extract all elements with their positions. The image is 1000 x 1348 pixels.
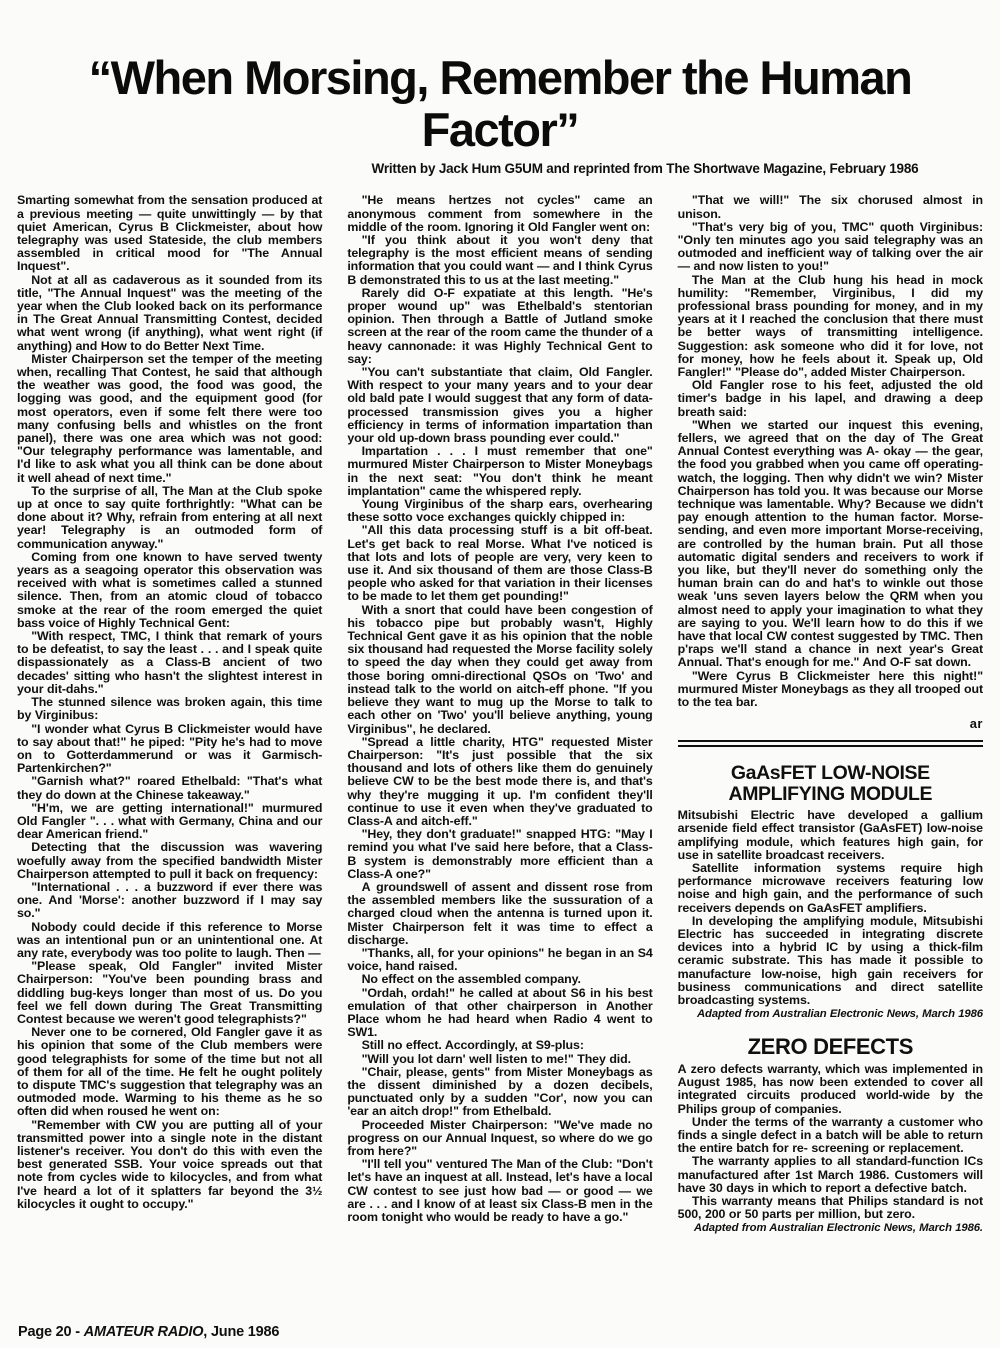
- paragraph: Nobody could decide if this reference to…: [17, 921, 322, 961]
- gaasfet-section: GaAsFET LOW-NOISE AMPLIFYING MODULE Mits…: [678, 763, 983, 1022]
- footer-page-label: Page 20 -: [18, 1324, 84, 1340]
- paragraph: A groundswell of assent and dissent rose…: [347, 881, 652, 947]
- gaasfet-section-credit: Adapted from Australian Electronic News,…: [678, 1008, 983, 1021]
- paragraph: "I'll tell you" ventured The Man of the …: [347, 1158, 652, 1224]
- paragraph: "Garnish what?" roared Ethelbald: "That'…: [17, 775, 322, 801]
- paragraph: No effect on the assembled company.: [347, 973, 652, 986]
- paragraph: Old Fangler rose to his feet, adjusted t…: [678, 379, 983, 419]
- article-column-3: "That we will!" The six chorused almost …: [678, 194, 983, 1306]
- page-footer: Page 20 - AMATEUR RADIO, June 1986: [18, 1324, 279, 1340]
- paragraph: The Man at the Club hung his head in moc…: [678, 274, 983, 380]
- paragraph: "Will you lot darn' well listen to me!" …: [347, 1053, 652, 1066]
- paragraph: "I wonder what Cyrus B Clickmeister woul…: [17, 723, 322, 776]
- paragraph: "He means hertzes not cycles" came an an…: [347, 194, 652, 234]
- paragraph: The stunned silence was broken again, th…: [17, 696, 322, 722]
- zero-defects-section: ZERO DEFECTS A zero defects warranty, wh…: [678, 1035, 983, 1235]
- article-column-3-story: "That we will!" The six chorused almost …: [678, 194, 983, 709]
- paragraph: Not at all as cadaverous as it sounded f…: [17, 274, 322, 353]
- gaasfet-section-body: Mitsubishi Electric have developed a gal…: [678, 809, 983, 1007]
- paragraph: Detecting that the discussion was waveri…: [17, 841, 322, 881]
- paragraph: Coming from one known to have served twe…: [17, 551, 322, 630]
- paragraph: "Remember with CW you are putting all of…: [17, 1119, 322, 1211]
- article-column-2: "He means hertzes not cycles" came an an…: [347, 194, 652, 1306]
- paragraph: The warranty applies to all standard-fun…: [678, 1155, 983, 1195]
- paragraph: Mister Chairperson set the temper of the…: [17, 353, 322, 485]
- paragraph: To the surprise of all, The Man at the C…: [17, 485, 322, 551]
- paragraph: Under the terms of the warranty a custom…: [678, 1116, 983, 1156]
- paragraph: "That we will!" The six chorused almost …: [678, 194, 983, 220]
- paragraph: "Spread a little charity, HTG" requested…: [347, 736, 652, 828]
- paragraph: "Chair, please, gents" from Mister Money…: [347, 1066, 652, 1119]
- gaasfet-section-title: GaAsFET LOW-NOISE AMPLIFYING MODULE: [678, 763, 983, 807]
- paragraph: Satellite information systems require hi…: [678, 862, 983, 915]
- paragraph: "When we started our inquest this evenin…: [678, 419, 983, 670]
- paragraph: "International . . . a buzzword if ever …: [17, 881, 322, 921]
- paragraph: "Thanks, all, for your opinions" he bega…: [347, 947, 652, 973]
- zero-defects-section-credit: Adapted from Australian Electronic News,…: [678, 1222, 983, 1235]
- zero-defects-section-title: ZERO DEFECTS: [678, 1035, 983, 1060]
- paragraph: Rarely did O-F expatiate at this length.…: [347, 287, 652, 366]
- byline: Written by Jack Hum G5UM and reprinted f…: [0, 161, 1000, 176]
- paragraph: "You can't substantiate that claim, Old …: [347, 366, 652, 445]
- paragraph: Proceeded Mister Chairperson: "We've mad…: [347, 1119, 652, 1159]
- article-end-mark: ar: [678, 717, 983, 730]
- paragraph: "That's very big of you, TMC" quoth Virg…: [678, 221, 983, 274]
- paragraph: Young Virginibus of the sharp ears, over…: [347, 498, 652, 524]
- paragraph: "Were Cyrus B Clickmeister here this nig…: [678, 670, 983, 710]
- paragraph: "If you think about it you won't deny th…: [347, 234, 652, 287]
- paragraph: "H'm, we are getting international!" mur…: [17, 802, 322, 842]
- paragraph: A zero defects warranty, which was imple…: [678, 1063, 983, 1116]
- paragraph: "Ordah, ordah!" he called at about S6 in…: [347, 987, 652, 1040]
- page-title: “When Morsing, Remember the Human Factor…: [60, 52, 940, 155]
- footer-magazine-title: AMATEUR RADIO: [84, 1324, 204, 1340]
- paragraph: Never one to be cornered, Old Fangler ga…: [17, 1026, 322, 1118]
- paragraph: "Please speak, Old Fangler" invited Mist…: [17, 960, 322, 1026]
- paragraph: Impartation . . . I must remember that o…: [347, 445, 652, 498]
- section-divider: [678, 740, 983, 747]
- paragraph: Smarting somewhat from the sensation pro…: [17, 194, 322, 273]
- paragraph: "All this data processing stuff is a bit…: [347, 524, 652, 603]
- paragraph: In developing the amplifying module, Mit…: [678, 915, 983, 1007]
- article-column-1: Smarting somewhat from the sensation pro…: [17, 194, 322, 1306]
- paragraph: With a snort that could have been conges…: [347, 604, 652, 736]
- paragraph: This warranty means that Philips standar…: [678, 1195, 983, 1221]
- paragraph: "Hey, they don't graduate!" snapped HTG:…: [347, 828, 652, 881]
- zero-defects-section-body: A zero defects warranty, which was imple…: [678, 1063, 983, 1221]
- paragraph: "With respect, TMC, I think that remark …: [17, 630, 322, 696]
- paragraph: Mitsubishi Electric have developed a gal…: [678, 809, 983, 862]
- article-body: Smarting somewhat from the sensation pro…: [0, 194, 1000, 1306]
- paragraph: Still no effect. Accordingly, at S9-plus…: [347, 1039, 652, 1052]
- footer-issue-date: , June 1986: [203, 1324, 279, 1340]
- magazine-page: “When Morsing, Remember the Human Factor…: [0, 0, 1000, 1348]
